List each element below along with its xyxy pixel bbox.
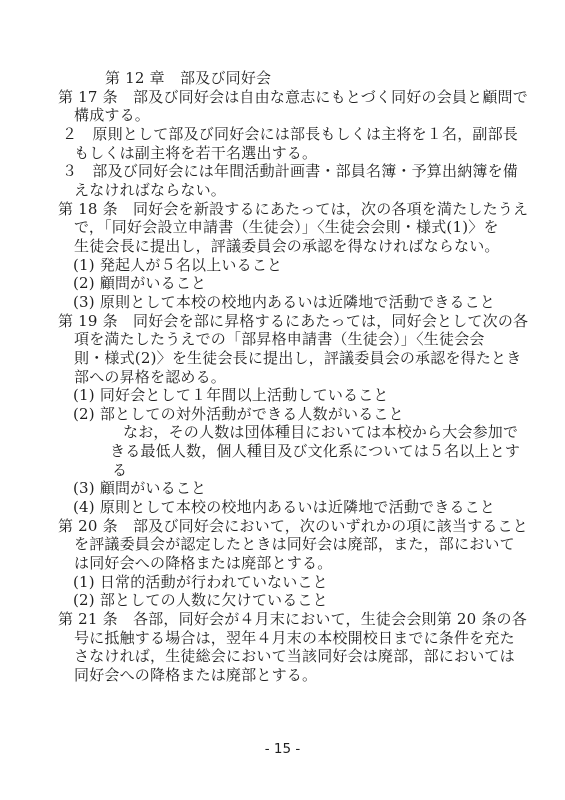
document-line: 則・様式(2)〉を生徒会長に提出し，評議委員会の承認を得たとき bbox=[58, 349, 525, 368]
document-line: (1) 発起人が５名以上いること bbox=[58, 256, 525, 275]
document-line: 生徒会長に提出し，評議委員会の承認を得なければならない。 bbox=[58, 237, 525, 256]
document-line: (4) 原則として本校の校地内あるいは近隣地で活動できること bbox=[58, 498, 525, 517]
document-line: 第 20 条 部及び同好会において，次のいずれかの項に該当すること bbox=[58, 517, 525, 536]
document-page: 第 12 章 部及び同好会第 17 条 部及び同好会は自由な意志にもとづく同好の… bbox=[0, 0, 565, 800]
document-line: 第 17 条 部及び同好会は自由な意志にもとづく同好の会員と顧問で bbox=[58, 88, 525, 107]
document-line: 第 12 章 部及び同好会 bbox=[58, 69, 525, 88]
document-line: で，「同好会設立申請書（生徒会）」〈生徒会会則・様式(1)〉を bbox=[58, 218, 525, 237]
document-line: (2) 部としての人数に欠けていること bbox=[58, 591, 525, 610]
document-line: 項を満たしたうえでの「部昇格申請書（生徒会）」〈生徒会会 bbox=[58, 330, 525, 349]
document-line: ２ 原則として部及び同好会には部長もしくは主将を１名，副部長 bbox=[58, 125, 525, 144]
document-line: (1) 同好会として１年間以上活動していること bbox=[58, 386, 525, 405]
document-line: (2) 顧問がいること bbox=[58, 274, 525, 293]
page-number: - 15 - bbox=[0, 741, 565, 757]
document-lines: 第 12 章 部及び同好会第 17 条 部及び同好会は自由な意志にもとづく同好の… bbox=[58, 69, 525, 685]
document-line: (3) 原則として本校の校地内あるいは近隣地で活動できること bbox=[58, 293, 525, 312]
document-line: きる最低人数，個人種目及び文化系については５名以上とす bbox=[58, 442, 525, 461]
document-line: を評議委員会が認定したときは同好会は廃部，また，部において bbox=[58, 535, 525, 554]
document-line: なお，その人数は団体種目においては本校から大会参加で bbox=[58, 423, 525, 442]
document-line: (2) 部としての対外活動ができる人数がいること bbox=[58, 405, 525, 424]
document-line: 構成する。 bbox=[58, 106, 525, 125]
document-line: 同好会への降格または廃部とする。 bbox=[58, 666, 525, 685]
document-line: は同好会への降格または廃部とする。 bbox=[58, 554, 525, 573]
document-line: 号に抵触する場合は，翌年４月末の本校開校日までに条件を充た bbox=[58, 629, 525, 648]
document-line: (3) 顧問がいること bbox=[58, 479, 525, 498]
document-line: 第 18 条 同好会を新設するにあたっては，次の各項を満たしたうえ bbox=[58, 200, 525, 219]
document-line: 第 19 条 同好会を部に昇格するにあたっては，同好会として次の各 bbox=[58, 312, 525, 331]
document-line: る bbox=[58, 461, 525, 480]
document-line: さなければ，生徒総会において当該同好会は廃部，部においては bbox=[58, 647, 525, 666]
document-line: ３ 部及び同好会には年間活動計画書・部員名簿・予算出納簿を備 bbox=[58, 162, 525, 181]
document-line: 部への昇格を認める。 bbox=[58, 368, 525, 387]
document-line: (1) 日常的活動が行われていないこと bbox=[58, 573, 525, 592]
document-line: 第 21 条 各部，同好会が４月末において，生徒会会則第 20 条の各 bbox=[58, 610, 525, 629]
document-line: えなければならない。 bbox=[58, 181, 525, 200]
document-line: もしくは副主将を若干名選出する。 bbox=[58, 144, 525, 163]
